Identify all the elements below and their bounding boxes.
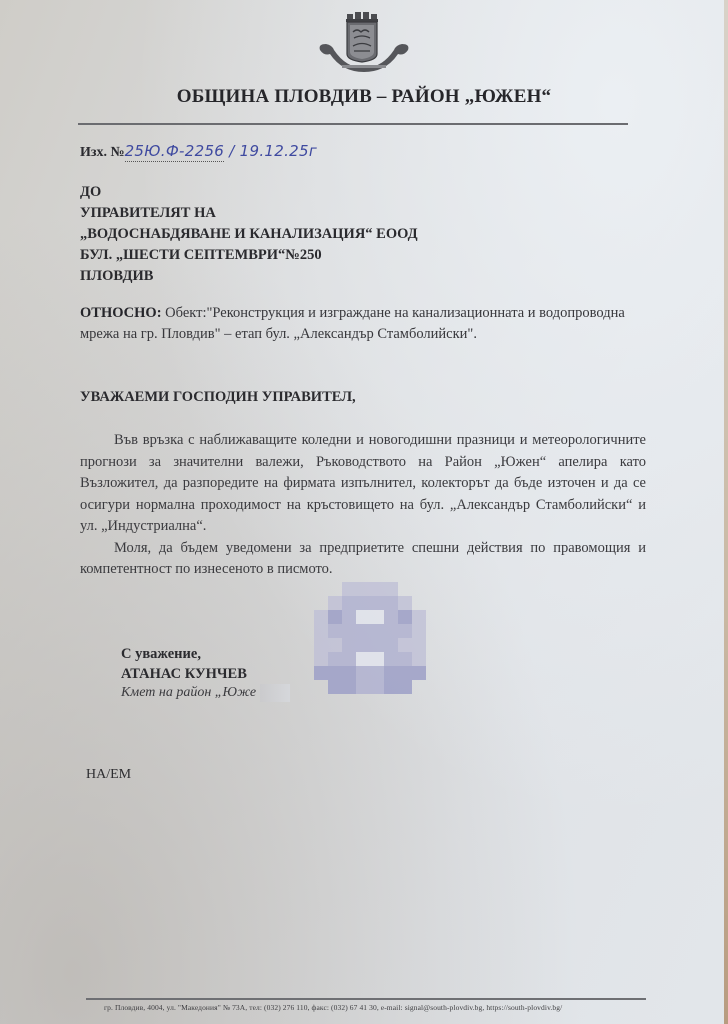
recipient-line: УПРАВИТЕЛЯТ НА: [80, 203, 418, 224]
redacted-title-fragment: [260, 684, 290, 702]
outgoing-reference: Изх. №25Ю.Ф-2256 / 19.12.25г: [80, 142, 317, 162]
reference-label: Изх. №: [80, 145, 125, 160]
body-paragraph: Във връзка с наближаващите коледни и нов…: [80, 430, 646, 538]
recipient-line: БУЛ. „ШЕСТИ СЕПТЕМВРИ“№250: [80, 245, 418, 266]
organization-title: ОБЩИНА ПЛОВДИВ – РАЙОН „ЮЖЕН“: [0, 86, 728, 108]
paper-edge: [724, 0, 728, 1024]
redacted-signature: [300, 568, 440, 698]
closing-greeting: С уважение,: [121, 646, 201, 663]
recipient-line: ДО: [80, 182, 418, 203]
footer-divider: [86, 998, 646, 1000]
subject-text: Обект:"Реконструкция и изграждане на кан…: [80, 305, 625, 342]
recipient-line: ПЛОВДИВ: [80, 266, 418, 287]
reference-date: 19.12.25г: [240, 142, 317, 160]
letter-body: Във връзка с наближаващите коледни и нов…: [80, 430, 646, 581]
footer-contact: гр. Пловдив, 4004, ул. "Македония" № 73А…: [104, 1003, 562, 1012]
reference-number-field: 25Ю.Ф-2256: [125, 142, 225, 162]
reference-number: 25Ю.Ф-2256: [125, 142, 225, 160]
header-divider: [78, 123, 628, 125]
signatory-title: Кмет на район „Юже: [121, 685, 256, 701]
reference-separator: /: [224, 142, 240, 160]
subject-label: ОТНОСНО:: [80, 305, 162, 321]
salutation: УВАЖАЕМИ ГОСПОДИН УПРАВИТЕЛ,: [80, 389, 356, 406]
plovdiv-coat-of-arms-icon: [316, 10, 412, 72]
recipient-line: „ВОДОСНАБДЯВАНЕ И КАНАЛИЗАЦИЯ“ ЕООД: [80, 224, 418, 245]
signatory-name: АТАНАС КУНЧЕВ: [121, 666, 247, 683]
recipient-address: ДО УПРАВИТЕЛЯТ НА „ВОДОСНАБДЯВАНЕ И КАНА…: [80, 182, 418, 287]
author-initials: НА/ЕМ: [86, 767, 131, 783]
subject-block: ОТНОСНО: Обект:"Реконструкция и изгражда…: [80, 303, 645, 345]
